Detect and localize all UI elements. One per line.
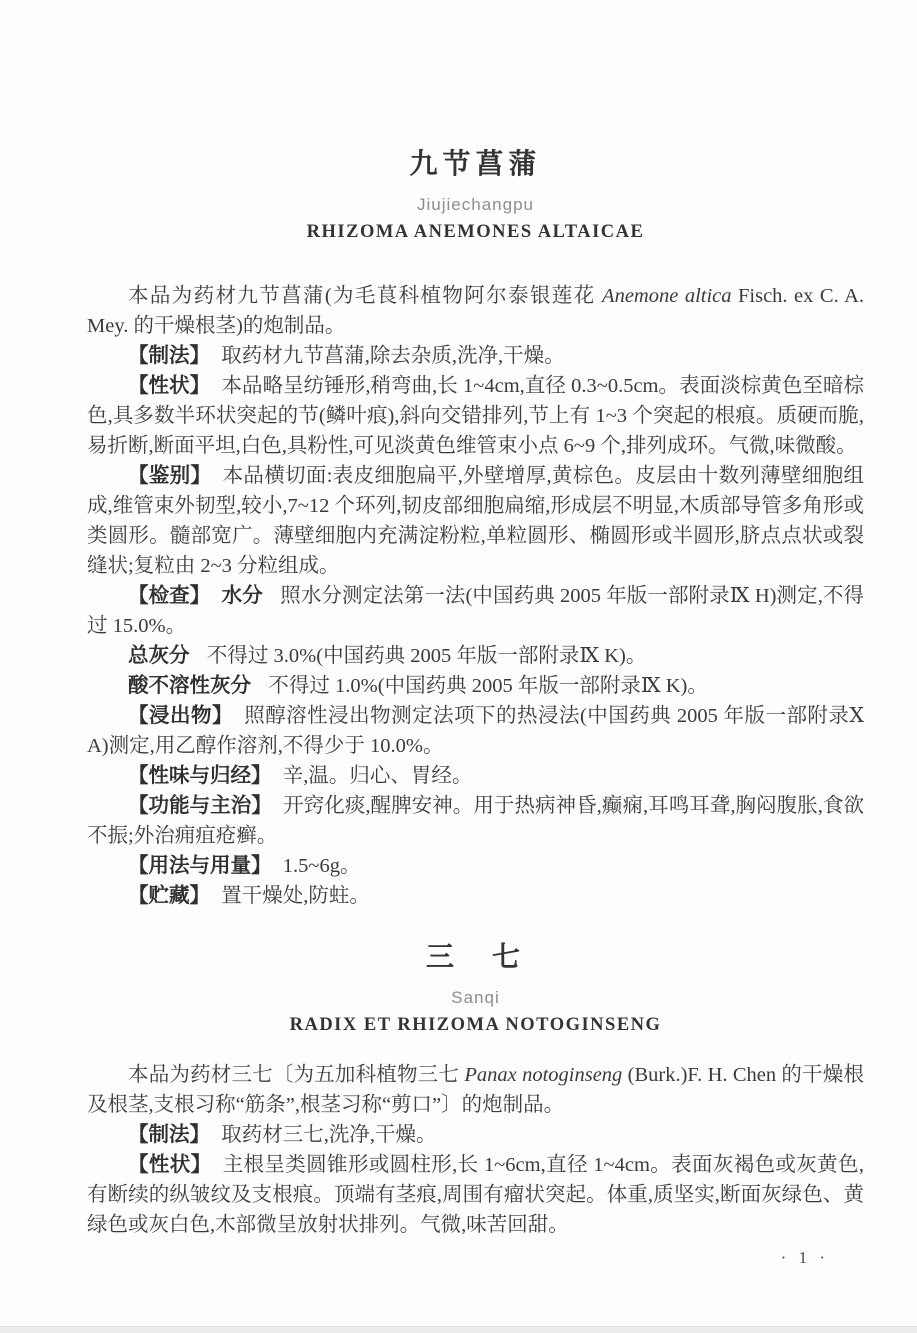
section-paragraph: 【功能与主治】开窍化痰,醒脾安神。用于热病神昏,癫痫,耳鸣耳聋,胸闷腹胀,食欲不…: [87, 791, 864, 851]
species-name: Panax notoginseng: [464, 1064, 622, 1086]
section-text: 取药材九节菖蒲,除去杂质,洗净,干燥。: [221, 345, 564, 367]
monograph-body: 本品为药材九节菖蒲(为毛茛科植物阿尔泰银莲花 Anemone altica Fi…: [87, 281, 864, 911]
section-sublabel: 酸不溶性灰分: [128, 675, 251, 697]
section-label: 【性状】: [128, 1154, 211, 1176]
section-paragraph: 【鉴别】本品横切面:表皮细胞扁平,外壁增厚,黄棕色。皮层由十数列薄壁细胞组成,维…: [87, 461, 864, 581]
intro-text-pre: 本品为药材三七〔为五加科植物三七: [128, 1064, 464, 1086]
monograph-body: 本品为药材三七〔为五加科植物三七 Panax notoginseng (Burk…: [87, 1060, 864, 1240]
monograph-title-cn: 三 七: [87, 935, 864, 975]
section-label: 【用法与用量】: [128, 855, 272, 877]
monograph-title-cn: 九节菖蒲: [87, 142, 864, 182]
intro-paragraph: 本品为药材九节菖蒲(为毛茛科植物阿尔泰银莲花 Anemone altica Fi…: [87, 281, 864, 341]
section-label: 【检查】: [128, 585, 210, 607]
monograph-pinyin: Jiujiechangpu: [87, 195, 864, 215]
section-label: 【鉴别】: [128, 465, 211, 487]
section-label: 【性状】: [128, 375, 210, 397]
section-text: 不得过 3.0%(中国药典 2005 年版一部附录Ⅸ K)。: [207, 645, 646, 667]
section-paragraph: 【贮藏】置干燥处,防蛀。: [87, 881, 864, 911]
section-text: 辛,温。归心、胃经。: [283, 765, 473, 787]
species-name: Anemone altica: [602, 285, 731, 307]
page-number: · 1 ·: [781, 1248, 829, 1268]
monograph-sanqi: 三 七 Sanqi RADIX ET RHIZOMA NOTOGINSENG 本…: [87, 935, 864, 1240]
section-label: 【制法】: [128, 345, 210, 367]
monograph-pinyin: Sanqi: [87, 988, 864, 1008]
section-paragraph: 总灰分不得过 3.0%(中国药典 2005 年版一部附录Ⅸ K)。: [87, 641, 864, 671]
section-sublabel: 总灰分: [128, 645, 190, 667]
scan-edge-shadow: [0, 1326, 917, 1333]
section-label: 【功能与主治】: [128, 795, 272, 817]
page-content: 九节菖蒲 Jiujiechangpu RHIZOMA ANEMONES ALTA…: [87, 0, 864, 1240]
section-label: 【贮藏】: [128, 885, 210, 907]
section-paragraph: 【性味与归经】辛,温。归心、胃经。: [87, 761, 864, 791]
monograph-jiujiechangpu: 九节菖蒲 Jiujiechangpu RHIZOMA ANEMONES ALTA…: [87, 142, 864, 911]
section-paragraph: 【制法】取药材三七,洗净,干燥。: [87, 1120, 864, 1150]
section-label: 【浸出物】: [128, 705, 233, 727]
section-paragraph: 【性状】本品略呈纺锤形,稍弯曲,长 1~4cm,直径 0.3~0.5cm。表面淡…: [87, 371, 864, 461]
section-text: 1.5~6g。: [283, 855, 361, 877]
section-text: 取药材三七,洗净,干燥。: [221, 1124, 436, 1146]
section-label: 【制法】: [128, 1124, 210, 1146]
section-paragraph: 酸不溶性灰分不得过 1.0%(中国药典 2005 年版一部附录Ⅸ K)。: [87, 671, 864, 701]
section-paragraph: 【用法与用量】1.5~6g。: [87, 851, 864, 881]
section-text: 不得过 1.0%(中国药典 2005 年版一部附录Ⅸ K)。: [268, 675, 707, 697]
intro-text-pre: 本品为药材九节菖蒲(为毛茛科植物阿尔泰银莲花: [128, 285, 602, 307]
section-paragraph: 【制法】取药材九节菖蒲,除去杂质,洗净,干燥。: [87, 341, 864, 371]
intro-paragraph: 本品为药材三七〔为五加科植物三七 Panax notoginseng (Burk…: [87, 1060, 864, 1120]
scanned-book-page: 九节菖蒲 Jiujiechangpu RHIZOMA ANEMONES ALTA…: [0, 0, 917, 1333]
section-paragraph: 【浸出物】照醇溶性浸出物测定法项下的热浸法(中国药典 2005 年版一部附录Ⅹ …: [87, 701, 864, 761]
section-sublabel: 水分: [222, 585, 263, 607]
monograph-latin-name: RADIX ET RHIZOMA NOTOGINSENG: [87, 1015, 864, 1036]
section-paragraph: 【检查】水分照水分测定法第一法(中国药典 2005 年版一部附录Ⅸ H)测定,不…: [87, 581, 864, 641]
section-label: 【性味与归经】: [128, 765, 272, 787]
section-text: 置干燥处,防蛀。: [221, 885, 370, 907]
monograph-latin-name: RHIZOMA ANEMONES ALTAICAE: [87, 222, 864, 243]
section-paragraph: 【性状】主根呈类圆锥形或圆柱形,长 1~6cm,直径 1~4cm。表面灰褐色或灰…: [87, 1150, 864, 1240]
